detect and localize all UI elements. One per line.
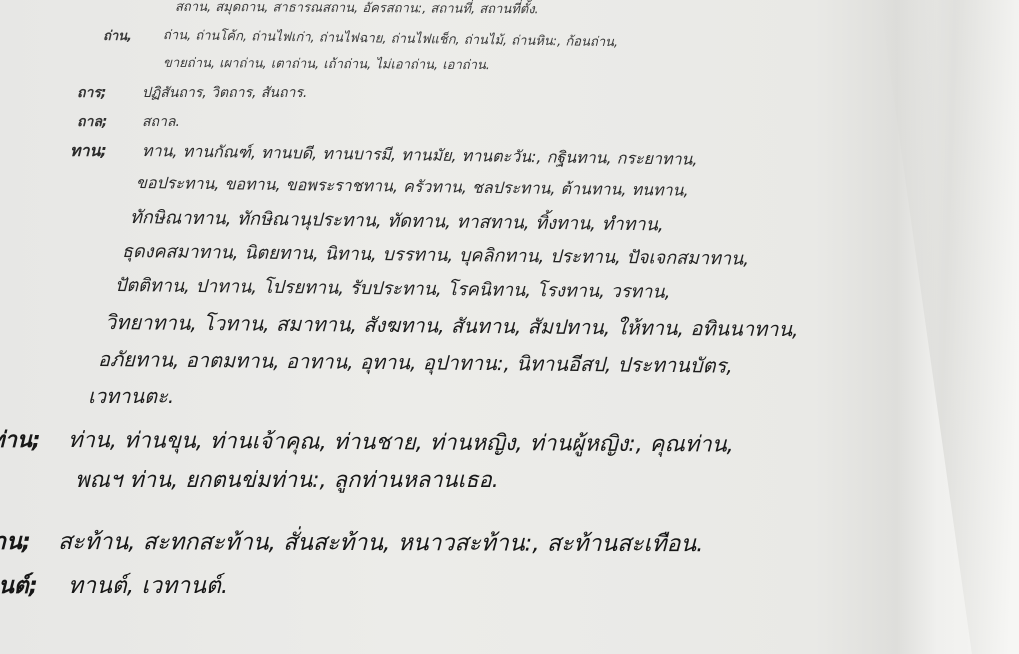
entry-line: ทาน, ทานกัณฑ์, ทานบดี, ทานบารมี, ทานมัย,… — [142, 139, 698, 173]
entry-line: อภัยทาน, อาตมทาน, อาทาน, อุทาน, อุปาทาน:… — [98, 343, 733, 382]
entry-head: ท่าน; — [0, 422, 41, 457]
entry-line: ปฏิสันถาร, วิตถาร, สันถาร. — [142, 82, 307, 104]
entry-line: ขอประทาน, ขอทาน, ขอพระราชทาน, ครัวทาน, ช… — [136, 171, 689, 204]
entry-line: ปัตติทาน, ปาทาน, โปรยทาน, รับประทาน, โรค… — [115, 270, 671, 306]
entry-line: สถาน, สมุดถาน, สาธารณสถาน, อัครสถาน:, สถ… — [175, 0, 539, 19]
entry-line: ถ่าน, ถ่านโค้ก, ถ่านไฟเก่า, ถ่านไฟฉาย, ถ… — [163, 24, 618, 52]
entry-head: ถาล; — [77, 111, 108, 133]
entry-line: พณฯ ท่าน, ยกตนข่มท่าน:, ลูกท่านหลานเธอ. — [75, 462, 499, 497]
entry-line: ทานต์, เวทานต์. — [68, 568, 228, 604]
entry-line: เวทานตะ. — [88, 380, 174, 412]
entry-head: ท้าน; — [0, 524, 31, 560]
entry-head: ทาน; — [70, 139, 107, 164]
entry-line: วิทยาทาน, โวทาน, สมาทาน, สังฆทาน, สันทาน… — [105, 306, 799, 345]
entry-line: ขายถ่าน, เผาถ่าน, เตาถ่าน, เถ้าถ่าน, ไม่… — [163, 52, 490, 75]
page-curl-edge — [880, 0, 1019, 654]
entry-line: สะท้าน, สะทกสะท้าน, สั่นสะท้าน, หนาวสะท้… — [58, 524, 704, 562]
entry-line: ทักษิณาทาน, ทักษิณานุประทาน, ทัดทาน, ทาส… — [130, 202, 664, 238]
entry-head: ถ่าน, — [103, 25, 132, 46]
entry-head: ถาร; — [77, 82, 106, 104]
entry-line: ธุดงคสมาทาน, นิตยทาน, นิทาน, บรรทาน, บุค… — [122, 236, 749, 273]
entry-line: สถาล. — [142, 111, 180, 133]
entry-line: ท่าน, ท่านขุน, ท่านเจ้าคุณ, ท่านชาย, ท่า… — [68, 422, 734, 462]
dictionary-page: สถาน, สมุดถาน, สาธารณสถาน, อัครสถาน:, สถ… — [0, 0, 1019, 654]
entry-head: ทานต์; — [0, 568, 38, 604]
